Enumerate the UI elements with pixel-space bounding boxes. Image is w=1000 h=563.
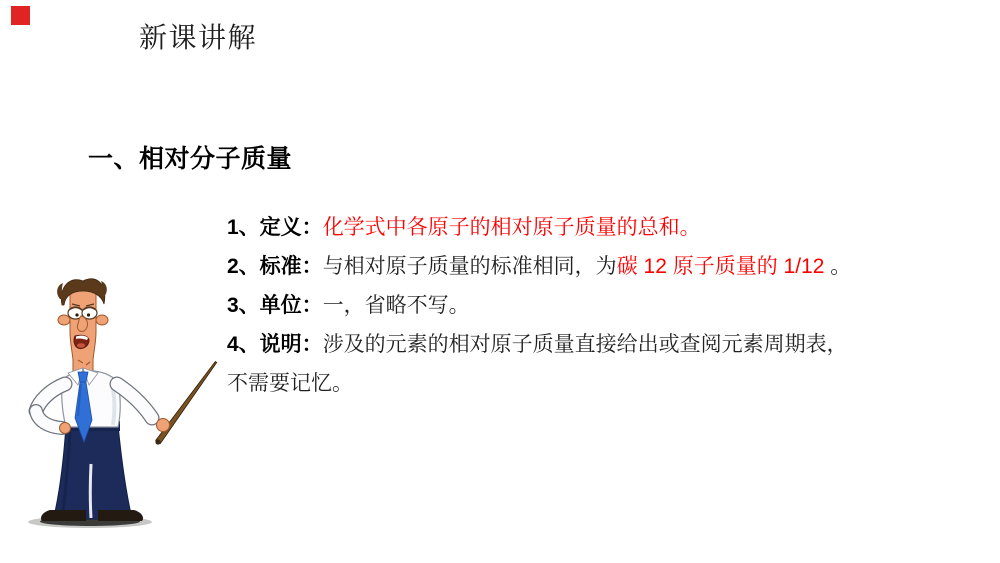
teacher-illustration <box>20 272 220 534</box>
text-segment: 3、单位： <box>227 294 323 317</box>
lesson-stage-title: 新课讲解 <box>139 16 257 56</box>
teacher-hand <box>157 419 170 432</box>
teacher-body <box>36 284 152 521</box>
content-line: 4、说明：涉及的元素的相对原子质量直接给出或查阅元素周期表， <box>227 325 997 364</box>
content-line: 2、标准：与相对原子质量的标准相同，为碳 12 原子质量的 1/12 。 <box>227 247 997 286</box>
content-list: 1、定义：化学式中各原子的相对原子质量的总和。2、标准：与相对原子质量的标准相同… <box>227 208 997 403</box>
content-line: 1、定义：化学式中各原子的相对原子质量的总和。 <box>227 208 997 247</box>
text-segment: 不需要记忆。 <box>227 372 353 395</box>
text-segment: 涉及的元素的相对原子质量直接给出或查阅元素周期表， <box>323 333 848 356</box>
text-segment: 与相对原子质量的标准相同，为 <box>323 255 617 278</box>
text-segment: 4、说明： <box>227 333 323 356</box>
text-segment: 1、定义： <box>227 216 323 239</box>
text-segment: 一，省略不写。 <box>323 294 470 317</box>
text-segment: 2、标准： <box>227 255 323 278</box>
corner-accent-square <box>11 6 30 25</box>
content-line: 不需要记忆。 <box>227 364 997 403</box>
text-segment: 。 <box>824 255 851 278</box>
pointer-stick <box>155 362 216 445</box>
slide: 新课讲解 一、相对分子质量 1、定义：化学式中各原子的相对原子质量的总和。2、标… <box>0 0 1000 563</box>
section-heading: 一、相对分子质量 <box>88 139 292 175</box>
content-line: 3、单位：一，省略不写。 <box>227 286 997 325</box>
teacher-head <box>57 279 108 349</box>
text-segment: 碳 12 原子质量的 1/12 <box>617 255 825 278</box>
text-segment: 化学式中各原子的相对原子质量的总和。 <box>323 216 701 239</box>
